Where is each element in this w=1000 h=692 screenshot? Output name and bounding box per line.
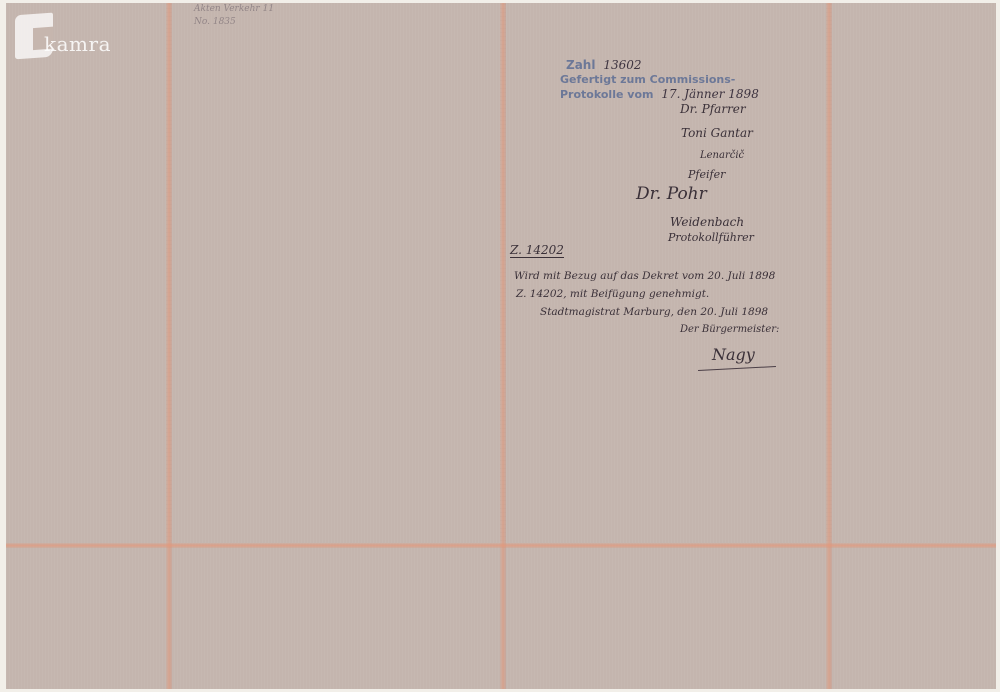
stamp-line3-prefix: Protokolle vom (560, 88, 653, 101)
pencil-note-line1: Akten Verkehr 11 (194, 4, 274, 14)
commission-stamp: Zahl 13602 Gefertigt zum Commissions- Pr… (560, 58, 759, 102)
note-signature: Nagy (712, 345, 755, 364)
fold-line-1 (166, 3, 172, 689)
panel-right (832, 3, 996, 543)
signature-1: Dr. Pfarrer (680, 102, 746, 116)
panel-left (6, 3, 166, 543)
stamp-line2: Gefertigt zum Commissions- (560, 73, 759, 87)
signature-3: Lenarčič (700, 150, 744, 161)
stamp-zahl-label: Zahl (566, 58, 595, 72)
signature-5: Dr. Pohr (636, 184, 707, 204)
stamp-date: 17. Jänner 1898 (661, 87, 759, 101)
panel-center-left (172, 3, 500, 543)
signature-4: Pfeifer (688, 168, 725, 181)
note-line3: Stadtmagistrat Marburg, den 20. Juli 189… (540, 306, 768, 318)
kamra-watermark-logo: kamra (12, 12, 122, 62)
note-line2: Z. 14202, mit Beifügung genehmigt. (516, 288, 709, 300)
fold-line-3 (826, 3, 832, 689)
signature-7: Protokollführer (668, 231, 754, 244)
note-line4: Der Bürgermeister: (680, 324, 779, 335)
pencil-note-line2: No. 1835 (194, 17, 236, 27)
signature-2: Toni Gantar (681, 126, 753, 140)
fold-line-2 (500, 3, 506, 689)
fold-line-horizontal (6, 543, 996, 548)
kamra-logo-text: kamra (44, 32, 111, 56)
signature-6: Weidenbach (670, 215, 744, 229)
stamp-zahl-value: 13602 (603, 58, 641, 72)
document-sheet (6, 3, 996, 689)
note-reference: Z. 14202 (510, 243, 564, 258)
note-line1: Wird mit Bezug auf das Dekret vom 20. Ju… (514, 270, 775, 282)
